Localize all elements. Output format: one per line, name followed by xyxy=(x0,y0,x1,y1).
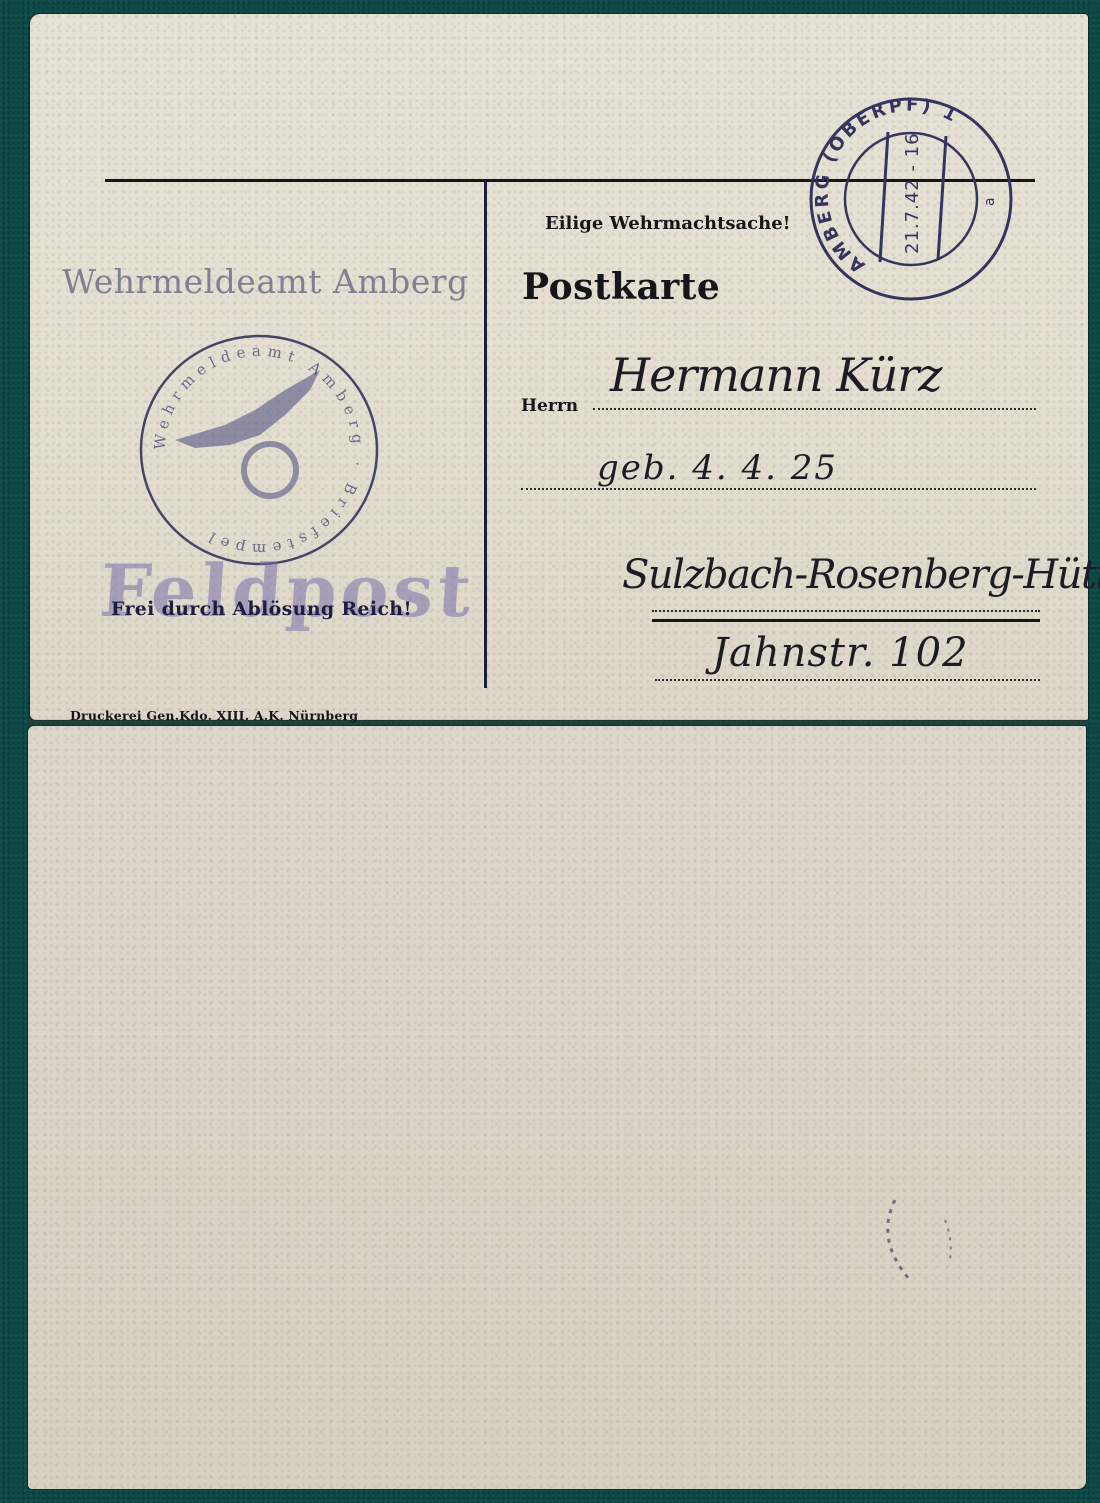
sender-office-stamp: Wehrmeldeamt Amberg xyxy=(62,262,469,301)
postmark-stamp: AMBERG (OBERPF) 1 21.7.42 - 16 a xyxy=(806,94,1016,304)
card-title: Postkarte xyxy=(522,266,720,308)
address-line-1 xyxy=(593,408,1036,410)
address-line-4 xyxy=(655,679,1040,681)
svg-text:Wehrmeldeamt Amberg · Briefste: Wehrmeldeamt Amberg · Briefstempel xyxy=(151,342,368,558)
postmark-date: 21.7.42 - 16 xyxy=(902,132,923,254)
faint-partial-stamp xyxy=(875,1180,965,1290)
eagle-over-wreath-icon xyxy=(175,370,320,496)
postmark-suffix: a xyxy=(982,197,998,206)
seal-ring-text: Wehrmeldeamt Amberg · Briefstempel xyxy=(151,342,368,558)
recipient-name: Hermann Kürz xyxy=(610,348,941,402)
recipient-birth-date: geb. 4. 4. 25 xyxy=(597,448,838,488)
postage-free-note: Frei durch Ablösung Reich! xyxy=(111,598,412,620)
recipient-street: Jahnstr. 102 xyxy=(712,630,969,676)
feldpost-stamp: Feldpost xyxy=(97,548,478,633)
address-line-3 xyxy=(652,610,1040,612)
address-line-2 xyxy=(521,488,1036,490)
urgent-military-label: Eilige Wehrmachtsache! xyxy=(545,213,791,234)
printer-imprint: Druckerei Gen.Kdo. XIII. A.K. Nürnberg xyxy=(70,708,358,723)
official-seal-stamp: Wehrmeldeamt Amberg · Briefstempel xyxy=(135,330,383,570)
recipient-city: Sulzbach-Rosenberg-Hütte xyxy=(622,552,1100,598)
city-underline xyxy=(652,619,1040,622)
postcard-back-half xyxy=(28,726,1086,1489)
salutation-label: Herrn xyxy=(521,396,578,416)
panel-divider-line xyxy=(484,182,487,688)
